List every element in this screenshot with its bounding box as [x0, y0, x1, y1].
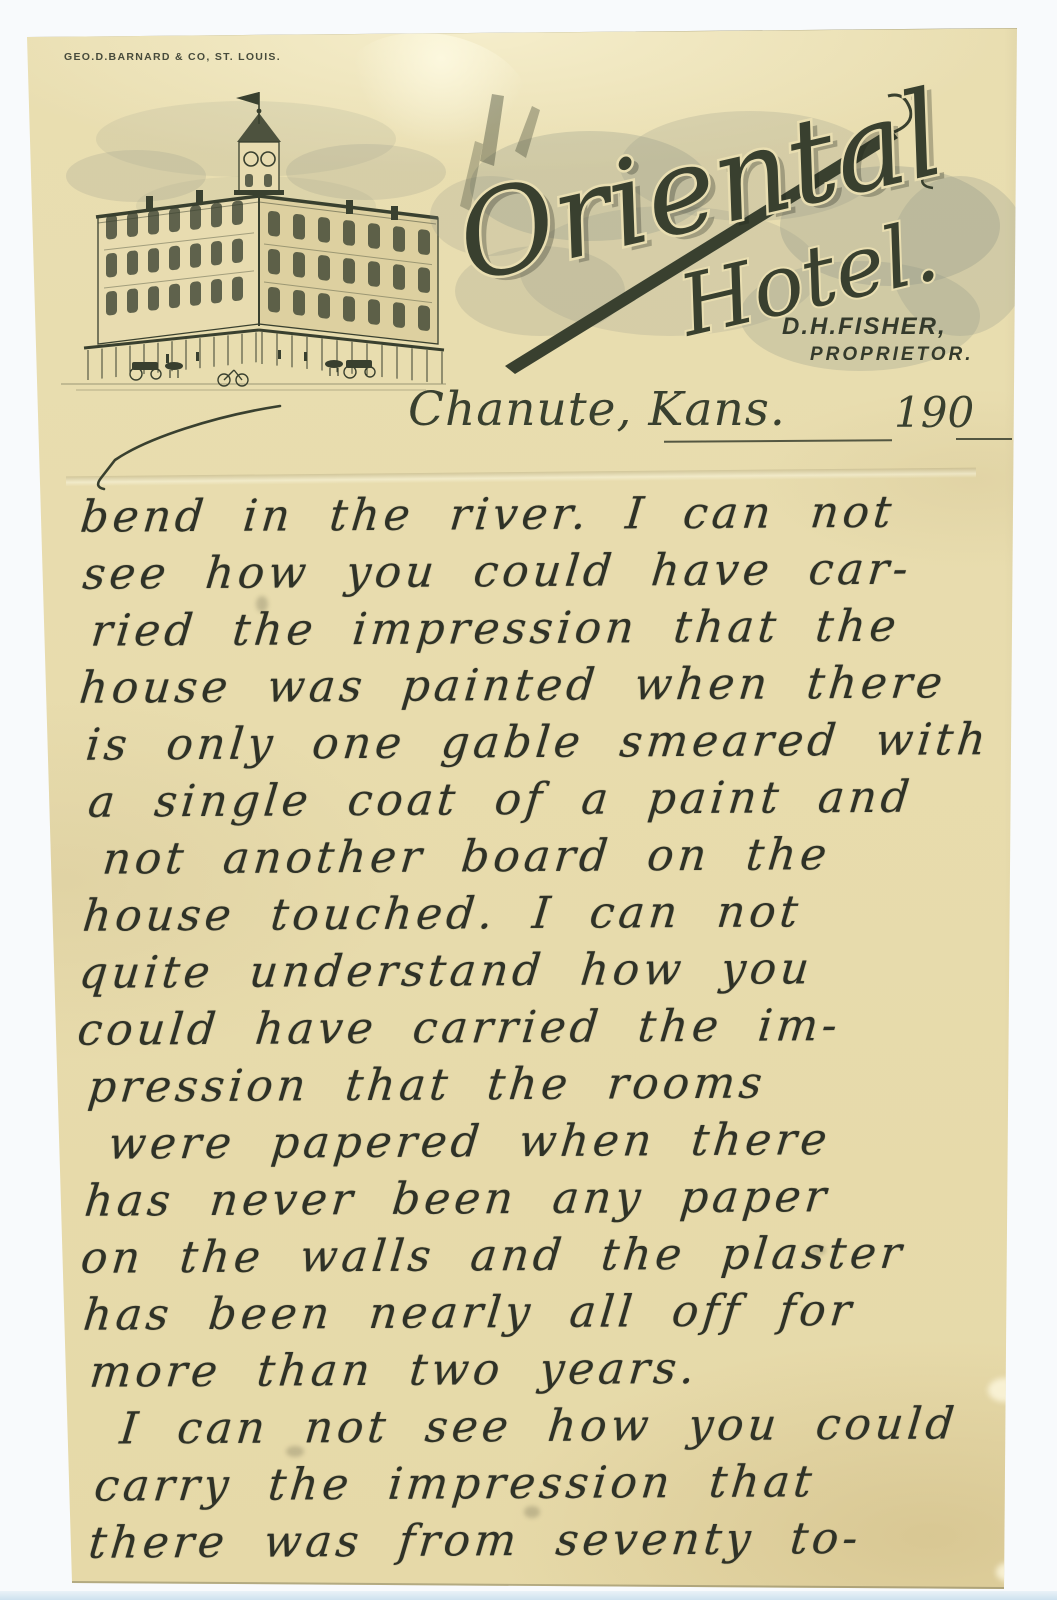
dateline-rule — [664, 439, 892, 443]
pen-check-mark — [85, 398, 295, 498]
letter-body: bend in the river. I can not see how you… — [73, 483, 990, 1572]
letter-paper: GEO.D.BARNARD & CO, ST. LOUIS. — [0, 0, 1057, 1600]
handwritten-line: house was painted when there — [73, 654, 989, 717]
dateline-year-rule — [956, 438, 1012, 440]
handwritten-line: pression that the rooms — [75, 1053, 991, 1116]
handwritten-line: not another board on the — [74, 825, 990, 888]
handwritten-line: house touched. I can not — [74, 882, 990, 945]
horse-carriage — [130, 362, 183, 380]
handwritten-line: could have carried the im- — [75, 996, 991, 1059]
handwritten-line: bend in the river. I can not — [72, 483, 988, 546]
paper-bottom-edge — [72, 1581, 1004, 1590]
ink-smudge — [810, 1246, 826, 1255]
masthead-engraving: Oriental Oriental Hotel. D.H.FISHER, PRO… — [420, 66, 1020, 396]
hotel-illustration — [46, 84, 456, 396]
handwritten-line: see how you could have car- — [72, 540, 988, 603]
handwritten-line: carry the impression that — [78, 1452, 994, 1515]
handwritten-line: there was from seventy to- — [78, 1509, 994, 1572]
handwritten-line: ried the impression that the — [73, 597, 989, 660]
street-ground — [61, 350, 446, 390]
handwritten-line: has never been any paper — [76, 1167, 992, 1230]
hotel-facades — [96, 190, 438, 344]
handwritten-line: were papered when there — [76, 1110, 992, 1173]
printer-imprint: GEO.D.BARNARD & CO, ST. LOUIS. — [64, 51, 281, 63]
paper-top-edge — [27, 25, 1019, 37]
proprietor-title: PROPRIETOR. — [810, 344, 974, 365]
photo-background-strip — [0, 1591, 1057, 1600]
handwritten-line: is only one gable smeared with — [73, 711, 989, 774]
handwritten-line: I can not see how you could — [77, 1395, 993, 1458]
handwritten-line: has been nearly all off for — [77, 1281, 993, 1344]
handwritten-line: quite understand how you — [75, 939, 991, 1002]
ink-smudge — [524, 1506, 540, 1518]
handwritten-line: on the walls and the plaster — [76, 1224, 992, 1287]
ink-smudge — [256, 596, 268, 612]
paper-stain — [996, 1562, 1026, 1582]
handwritten-line: more than two years. — [77, 1338, 993, 1401]
dateline-year: 190 — [894, 388, 974, 437]
ink-smudge — [286, 1446, 304, 1457]
dateline-place: Chanute, Kans. — [408, 382, 786, 437]
scanned-letter-photo: { "colors":{ "paper":"#e9deb1","ink":"#2… — [0, 0, 1057, 1600]
proprietor-name: D.H.FISHER, — [782, 313, 947, 340]
paper-stain — [988, 1378, 1022, 1402]
handwritten-line: a single coat of a paint and — [74, 768, 990, 831]
